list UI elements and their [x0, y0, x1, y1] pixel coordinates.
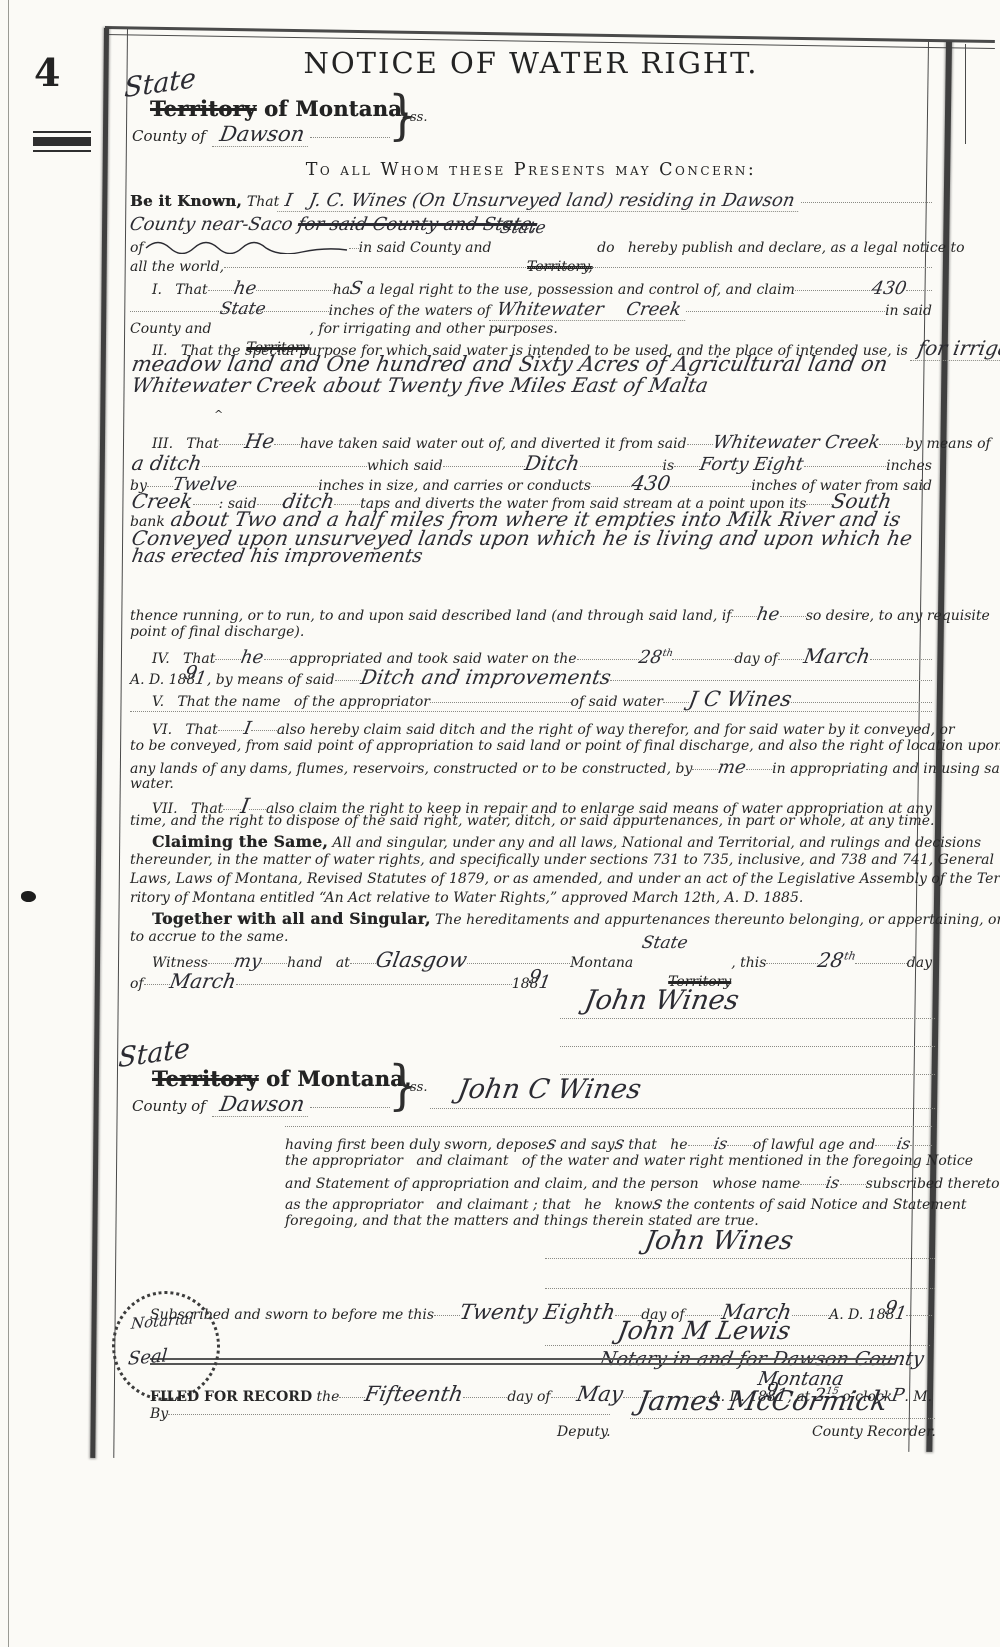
printed-text: County and	[130, 321, 216, 337]
claiming-line-1: Claiming the Same, All and singular, und…	[152, 832, 932, 851]
by-line: By	[150, 1406, 610, 1422]
printed-year-prefix: A. D. 18	[829, 1307, 885, 1323]
notary-line-1: Subscribed and sworn to before me this T…	[150, 1300, 932, 1324]
filed-day-handwritten: Fifteenth	[363, 1382, 465, 1406]
printed-text: having first been duly sworn, depose	[285, 1137, 547, 1153]
he-handwritten: he	[756, 604, 782, 625]
left-border-thin	[113, 28, 128, 1458]
margin-bar-thin-top	[33, 131, 91, 133]
section-6-line-1: VI. That I also hereby claim said ditch …	[152, 718, 932, 739]
printed-text: and say	[556, 1137, 615, 1153]
he-handwritten: He	[243, 429, 277, 453]
printed-text: the contents of said Notice and Statemen…	[662, 1197, 967, 1213]
scanned-document-page: 4 NOTICE OF WATER RIGHT. State Territory…	[0, 0, 1000, 1647]
filed-month-handwritten: May	[574, 1382, 624, 1406]
section-3-line-7: has erected his improvements	[132, 545, 932, 567]
affidavit-line-2: the appropriator and claimant of the wat…	[285, 1153, 932, 1169]
claiming-heading: Claiming the Same,	[152, 832, 328, 851]
of-label: of	[130, 240, 144, 256]
intro-line-1: Be it Known, That I J. C. Wines (On Unsu…	[130, 190, 932, 212]
caret-mark: ^	[214, 408, 223, 421]
together-line-1: Together with all and Singular, The here…	[152, 909, 932, 928]
territory-of-montana-2: Territory of Montana,	[152, 1066, 412, 1091]
scan-edge-line	[8, 0, 9, 1647]
clause-number: III. That	[152, 436, 219, 452]
location-handwritten: has erected his improvements	[130, 545, 424, 567]
claiming-line-4: ritory of Montana entitled “An Act relat…	[130, 890, 932, 906]
printed-text: all the world,	[130, 259, 224, 275]
printed-text: V. That the name of the appropriator	[152, 694, 430, 710]
printed-text: of	[130, 976, 144, 992]
printed-text: also hereby claim said ditch and the rig…	[277, 722, 955, 738]
by-label: By	[150, 1406, 168, 1422]
clause-number: VI. That	[152, 722, 218, 738]
printed-text: day of	[507, 1389, 550, 1405]
printed-text: time, and the right to dispose of the sa…	[130, 813, 934, 829]
is-handwritten: is	[895, 1134, 912, 1153]
printed-text: point of final discharge).	[130, 624, 304, 640]
filed-for-record-label: FILED FOR RECORD	[150, 1389, 312, 1405]
state-inserted: State	[640, 933, 689, 953]
thence-line-2: point of final discharge).	[130, 624, 932, 640]
section-5-line: V. That the name of the appropriator of …	[152, 687, 932, 711]
divider-dotted-line	[130, 711, 932, 712]
printed-text: do hereby publish and declare, as a lega…	[593, 240, 965, 256]
is-handwritten: is	[825, 1173, 842, 1192]
county-handwritten: Dawson	[211, 122, 312, 147]
section-1-line-1: I. That he haS a legal right to the use,…	[152, 278, 932, 299]
signature-line	[560, 1018, 935, 1019]
together-line-2: to accrue to the same.	[130, 929, 932, 945]
pen-flourish	[144, 240, 349, 254]
blank-line	[545, 1288, 935, 1289]
be-it-known-label: Be it Known,	[130, 192, 242, 210]
signature-line	[545, 1258, 935, 1259]
ledger-page-number: 4	[34, 50, 60, 95]
means-handwritten: Ditch and improvements	[359, 665, 613, 689]
state-inserted: State	[218, 299, 267, 319]
territory-struck: Territory	[150, 96, 256, 121]
seal-text-seal: Seal	[127, 1345, 168, 1370]
intro-line-4: all the world,	[130, 259, 932, 275]
printed-text: . M.	[904, 1389, 932, 1405]
printed-year-prefix: A. D. 18	[130, 672, 186, 688]
month-handwritten: March	[168, 969, 238, 993]
that-label: That	[247, 194, 279, 210]
affidavit-line-5: foregoing, and that the matters and thin…	[285, 1213, 932, 1229]
section-6-line-2: to be conveyed, from said point of appro…	[130, 738, 932, 754]
printed-text: ritory of Montana entitled “An Act relat…	[130, 890, 803, 906]
purpose-handwritten: Whitewater Creek about Twenty five Miles…	[130, 373, 710, 397]
right-border-outer-short	[965, 44, 966, 144]
county-of-label: County of	[132, 1097, 206, 1115]
he-handwritten: he	[232, 278, 258, 299]
salutation: To all Whom these Presents may Concern:	[130, 160, 932, 180]
printed-text: so desire, to any requisite	[806, 608, 990, 624]
county-recorder-label: County Recorder.	[812, 1424, 936, 1440]
clause-number: I. That	[152, 282, 208, 298]
declarant-handwritten: I J. C. Wines (On Unsurveyed land) resid…	[277, 190, 802, 212]
territory-struck: Territory	[152, 1066, 258, 1091]
printed-text: that he	[624, 1137, 688, 1153]
printed-text: of said water	[571, 694, 663, 710]
printed-text: thereunder, in the matter of water right…	[130, 852, 994, 868]
claiming-line-2: thereunder, in the matter of water right…	[130, 852, 932, 868]
printed-text: The hereditaments and appurtenances ther…	[431, 912, 1000, 928]
printed-text: , by means of said	[207, 672, 335, 688]
margin-bar-thin-bottom	[33, 150, 91, 152]
inches-claimed-handwritten: 430	[870, 278, 908, 299]
margin-bar-thick	[33, 137, 91, 146]
printed-text: by means of	[905, 436, 991, 452]
printed-text: inches of the waters of	[329, 303, 491, 319]
ink-blot	[21, 891, 36, 902]
section-2-line-3: Whitewater Creek about Twenty five Miles…	[132, 373, 932, 397]
printed-text: as the appropriator and claimant ; that …	[285, 1197, 653, 1213]
creek-name-handwritten: Whitewater Creek	[711, 432, 881, 453]
printed-text: ha	[333, 282, 350, 298]
printed-text: the appropriator and claimant of the wat…	[285, 1153, 973, 1169]
deputy-label: Deputy.	[557, 1424, 611, 1440]
day-handwritten: Twenty Eighth	[458, 1300, 617, 1324]
printed-text: subscribed thereto	[866, 1176, 1000, 1192]
i-handwritten: I	[242, 718, 253, 739]
printed-text: , this	[731, 955, 766, 971]
residence-handwritten: County near-Saco	[128, 214, 300, 235]
signature-line	[430, 1108, 935, 1109]
signature-line	[630, 1418, 935, 1419]
printed-text: water.	[130, 776, 174, 792]
section-7-line-2: time, and the right to dispose of the sa…	[130, 813, 932, 829]
county-handwritten: Dawson	[211, 1092, 312, 1117]
county-of-label: County of	[132, 127, 206, 145]
printed-text: in said County and	[359, 240, 492, 256]
printed-text: in appropriating and in using said	[772, 761, 1000, 777]
printed-text: any lands of any dams, flumes, reservoir…	[130, 761, 692, 777]
affidavit-line-4: as the appropriator and claimant ; that …	[285, 1193, 932, 1214]
section-divider-double-rule	[150, 1358, 895, 1365]
thence-line-1: thence running, or to run, to and upon s…	[130, 604, 932, 625]
printed-text: a legal right to the use, possession and…	[362, 282, 794, 298]
signature-notary: John M Lewis	[615, 1316, 793, 1345]
affidavit-line-3: and Statement of appropriation and claim…	[285, 1173, 932, 1192]
left-border-thick	[90, 28, 109, 1458]
blank-line	[285, 1126, 932, 1127]
is-handwritten: is	[712, 1134, 729, 1153]
witness-line-2: of March 18891	[130, 969, 550, 993]
signature-john-wines: John Wines	[582, 985, 741, 1016]
printed-text: in said	[885, 303, 932, 319]
affidavit-line-1: having first been duly sworn, deposes an…	[285, 1133, 932, 1154]
county-line-2: County of Dawson	[132, 1092, 390, 1117]
section-6-line-3: any lands of any dams, flumes, reservoir…	[130, 757, 932, 778]
claiming-line-3: Laws, Laws of Montana, Revised Statutes …	[130, 871, 932, 887]
printed-text: thence running, or to run, to and upon s…	[130, 608, 731, 624]
ss-abbrev-2: ss.	[410, 1080, 427, 1095]
appropriator-name-handwritten: J C Wines	[687, 687, 794, 711]
day-handwritten: 28th	[816, 948, 857, 972]
printed-text: , for irrigating and other purposes.	[310, 321, 558, 337]
state-inserted: State	[499, 218, 548, 238]
printed-text: day	[907, 955, 932, 971]
printed-text: and Statement of appropriation and claim…	[285, 1176, 800, 1192]
blank-line	[560, 1046, 935, 1047]
signature-john-wines-affidavit: John Wines	[642, 1226, 795, 1256]
me-handwritten: me	[717, 757, 748, 778]
printed-text: have taken said water out of, and divert…	[300, 436, 687, 452]
document-title: NOTICE OF WATER RIGHT.	[130, 46, 932, 80]
printed-text: All and singular, under any and all laws…	[328, 835, 981, 851]
section-6-line-4: water.	[130, 776, 932, 792]
territory-of-montana-1: Territory of Montana,	[150, 96, 410, 121]
printed-text: to accrue to the same.	[130, 929, 288, 945]
signature-line	[545, 1345, 930, 1346]
section-3-line-1: III. That He have taken said water out o…	[152, 429, 932, 453]
of-montana-label: of Montana,	[256, 96, 409, 121]
signature-john-c-wines: John C Wines	[455, 1074, 643, 1105]
printed-text: of lawful age and	[753, 1137, 875, 1153]
printed-text: Laws, Laws of Montana, Revised Statutes …	[130, 871, 1000, 887]
printed-text: Montana	[570, 955, 638, 971]
ss-abbrev-1: ss.	[410, 110, 427, 125]
printed-text: the	[312, 1389, 339, 1405]
county-line-1: County of Dawson	[132, 122, 390, 147]
section-4-line-2: A. D. 18891 , by means of said Ditch and…	[130, 665, 932, 689]
signature-county-recorder: James McCormick	[635, 1386, 890, 1417]
together-heading: Together with all and Singular,	[152, 909, 431, 928]
printed-text: to be conveyed, from said point of appro…	[130, 738, 1000, 754]
